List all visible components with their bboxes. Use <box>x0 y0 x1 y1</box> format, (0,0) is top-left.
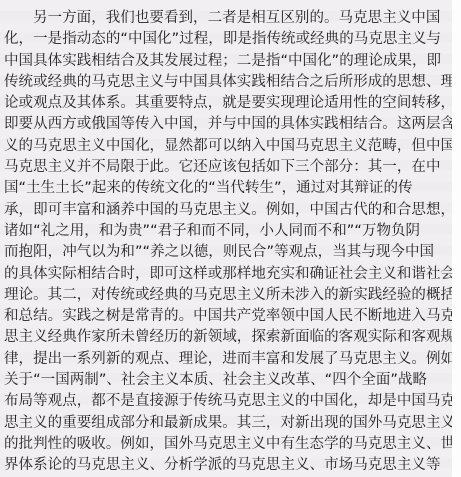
text-line: 界体系论的马克思主义、分析学派的马克思主义、市场马克思主义等 <box>4 455 452 476</box>
paragraph-text-block: 另一方面，我们也要看到，二者是相互区别的。马克思主义中国 化，一是指动态的“中国… <box>0 0 452 477</box>
text-line: 的具体实际相结合时，即可这样或那样地充实和确证社会主义和谐社会 <box>4 264 452 285</box>
text-line: 思主义的重要组成部分和最新成果。其三，对新出现的国外马克思主义 <box>4 413 452 434</box>
text-line: 和总结。实践之树是常青的。中国共产党率领中国人民不断地进入马克 <box>4 306 452 327</box>
text-line: 诸如“礼之用，和为贵”“君子和而不同，小人同而不和”“万物负阴 <box>4 221 452 242</box>
text-line: 国“土生土长”起来的传统文化的“当代转生”，通过对其辩证的传 <box>4 178 452 199</box>
text-line: 布局等观点，都不是直接源于传统马克思主义的中国化，却是中国马克 <box>4 391 452 412</box>
page-right-margin <box>452 0 461 477</box>
text-line: 关于“一国两制”、社会主义本质、社会主义改革、“四个全面”战略 <box>4 370 452 391</box>
text-line: 即要从西方或俄国等传入中国，并与中国的具体实践相结合。这两层含 <box>4 114 452 135</box>
text-line: 律，提出一系列新的观点、理论，进而丰富和发展了马克思主义。例如 <box>4 349 452 370</box>
text-line: 化，一是指动态的“中国化”过程，即是指传统或经典的马克思主义与 <box>4 29 452 50</box>
text-line: 思主义经典作家所未曾经历的新领域，探索新面临的客观实际和客观规 <box>4 327 452 348</box>
text-line: 中国具体实践相结合及其发展过程；二是指“中国化”的理论成果，即 <box>4 51 452 72</box>
text-line: 承，即可丰富和涵养中国的马克思主义。例如，中国古代的和合思想， <box>4 200 452 221</box>
text-line: 的批判性的吸收。例如，国外马克思主义中有生态学的马克思主义、世 <box>4 434 452 455</box>
text-line: 另一方面，我们也要看到，二者是相互区别的。马克思主义中国 <box>4 8 452 29</box>
text-line: 理论。其二，对传统或经典的马克思主义所未涉入的新实践经验的概括 <box>4 285 452 306</box>
text-line: 论或观点及其体系。其重要特点，就是要实现理论适用性的空间转移， <box>4 93 452 114</box>
text-line: 而抱阳，冲气以为和”“养之以德，则民合”等观点，当其与现今中国 <box>4 242 452 263</box>
text-line: 义的马克思主义中国化，显然都可以纳入中国马克思主义范畴，但中国 <box>4 136 452 157</box>
document-page: 另一方面，我们也要看到，二者是相互区别的。马克思主义中国 化，一是指动态的“中国… <box>0 0 461 477</box>
text-line: 马克思主义并不局限于此。它还应该包括如下三个部分：其一，在中 <box>4 157 452 178</box>
text-line: 传统或经典的马克思主义与中国具体实践相结合之后所形成的思想、理 <box>4 72 452 93</box>
